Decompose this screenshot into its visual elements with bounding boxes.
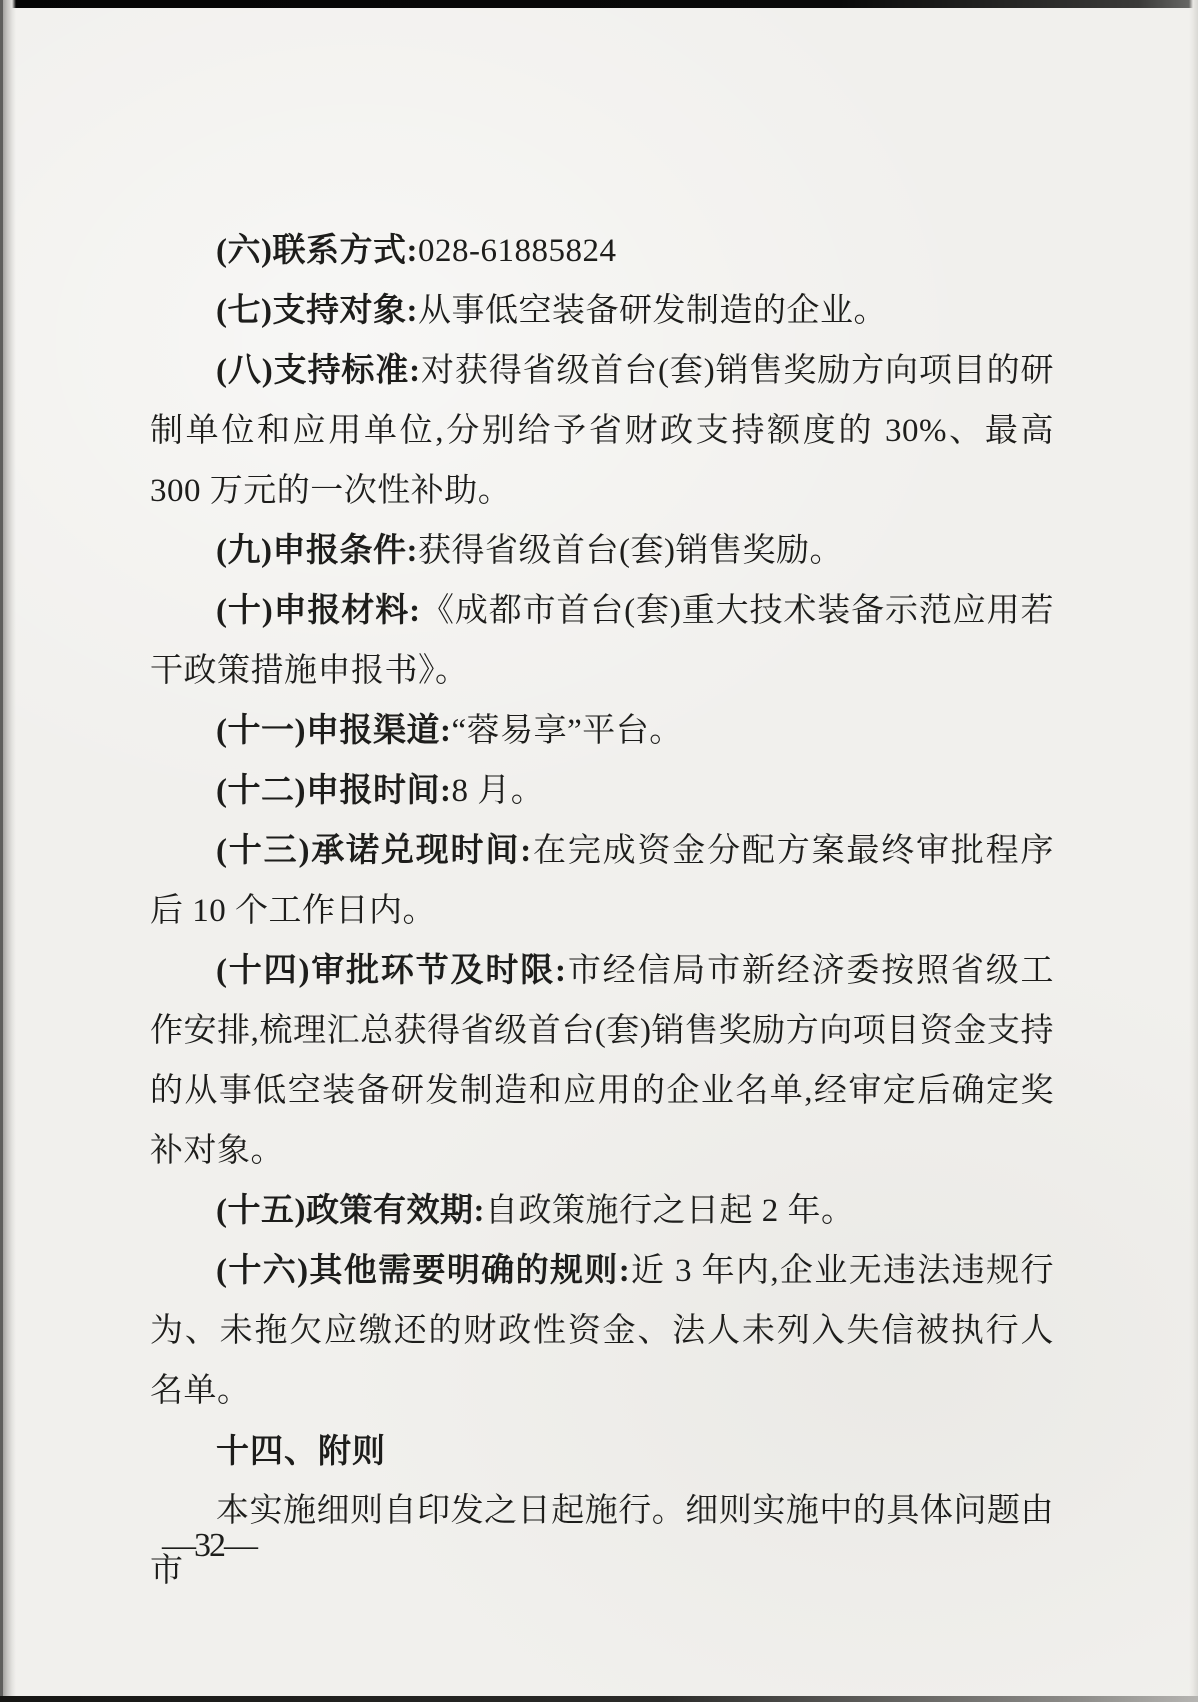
item-10-label: (十)申报材料: (216, 593, 421, 629)
scan-edge-right (1189, 0, 1198, 1702)
section-heading-14-appendix: 十四、附则 (150, 1421, 1054, 1481)
item-15-label: (十五)政策有效期: (216, 1193, 485, 1229)
policy-item-9: (九)申报条件:获得省级首台(套)销售奖励。 (150, 521, 1054, 581)
policy-item-11: (十一)申报渠道:“蓉易享”平台。 (150, 701, 1054, 761)
document-body: (六)联系方式:028-61885824 (七)支持对象:从事低空装备研发制造的… (150, 221, 1054, 1601)
item-7-label: (七)支持对象: (216, 293, 418, 329)
policy-item-15: (十五)政策有效期:自政策施行之日起 2 年。 (150, 1181, 1054, 1241)
scan-edge-bottom (0, 1696, 1198, 1702)
item-7-text: 从事低空装备研发制造的企业。 (418, 293, 887, 329)
item-8-label: (八)支持标准: (216, 353, 421, 389)
item-12-text: 8 月。 (451, 773, 544, 809)
page-number: —32— (162, 1526, 256, 1566)
item-6-text: 028-61885824 (418, 233, 617, 269)
policy-item-16: (十六)其他需要明确的规则:近 3 年内,企业无违法违规行为、未拖欠应缴还的财政… (150, 1241, 1054, 1421)
policy-item-13: (十三)承诺兑现时间:在完成资金分配方案最终审批程序后 10 个工作日内。 (150, 821, 1054, 941)
item-14-label: (十四)审批环节及时限: (216, 953, 567, 989)
policy-item-10: (十)申报材料:《成都市首台(套)重大技术装备示范应用若干政策措施申报书》。 (150, 581, 1054, 701)
item-15-text: 自政策施行之日起 2 年。 (485, 1193, 855, 1229)
item-13-label: (十三)承诺兑现时间: (216, 833, 532, 869)
closing-paragraph: 本实施细则自印发之日起施行。细则实施中的具体问题由市 (150, 1481, 1054, 1601)
policy-item-14: (十四)审批环节及时限:市经信局市新经济委按照省级工作安排,梳理汇总获得省级首台… (150, 941, 1054, 1181)
policy-item-6: (六)联系方式:028-61885824 (150, 221, 1054, 281)
policy-item-8: (八)支持标准:对获得省级首台(套)销售奖励方向项目的研制单位和应用单位,分别给… (150, 341, 1054, 521)
item-12-label: (十二)申报时间: (216, 773, 451, 809)
item-6-label: (六)联系方式: (216, 233, 418, 269)
item-11-label: (十一)申报渠道: (216, 713, 451, 749)
policy-item-7: (七)支持对象:从事低空装备研发制造的企业。 (150, 281, 1054, 341)
policy-item-12: (十二)申报时间:8 月。 (150, 761, 1054, 821)
scanned-document-page: (六)联系方式:028-61885824 (七)支持对象:从事低空装备研发制造的… (0, 0, 1198, 1702)
scan-edge-top (0, 0, 1198, 8)
item-11-text: “蓉易享”平台。 (451, 713, 682, 749)
item-9-text: 获得省级首台(套)销售奖励。 (418, 533, 843, 569)
scan-edge-left (0, 0, 16, 1702)
item-16-label: (十六)其他需要明确的规则: (216, 1253, 630, 1289)
item-9-label: (九)申报条件: (216, 533, 418, 569)
